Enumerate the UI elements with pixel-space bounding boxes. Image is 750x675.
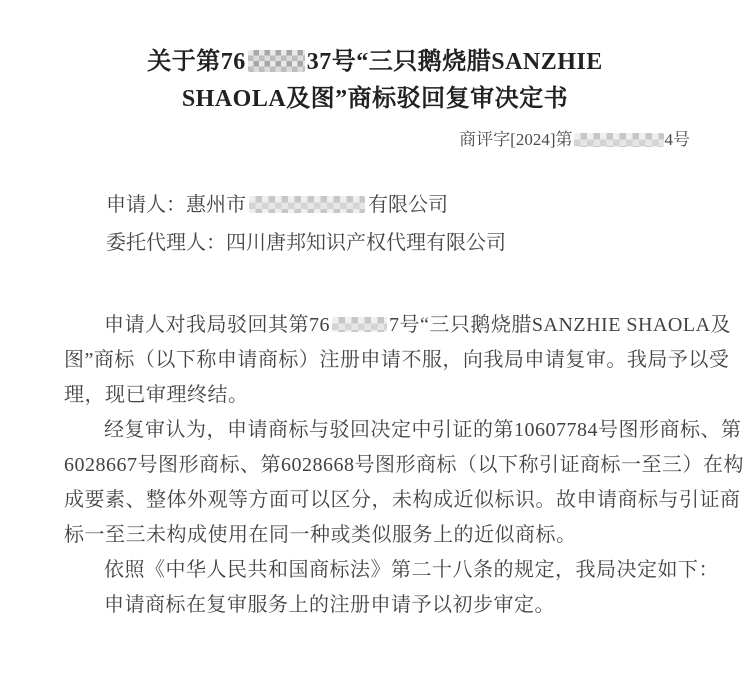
agent-line: 委托代理人：四川唐邦知识产权代理有限公司: [106, 224, 750, 262]
p1-l1-suffix: 7号“三只鹅烧腊SANZHIE SHAOLA及: [389, 314, 731, 336]
document-title: 关于第7637号“三只鹅烧腊SANZHIE SHAOLA及图”商标驳回复审决定书: [0, 44, 750, 118]
paragraph-1-line-2: 图”商标（以下称申请商标）注册申请不服，向我局申请复审。我局予以受: [64, 343, 700, 378]
paragraph-3: 依照《中华人民共和国商标法》第二十八条的规定，我局决定如下：: [64, 553, 700, 588]
paragraph-4: 申请商标在复审服务上的注册申请予以初步审定。: [64, 588, 700, 623]
decision-body: 申请人对我局驳回其第767号“三只鹅烧腊SANZHIE SHAOLA及 图”商标…: [64, 308, 700, 623]
paragraph-1-line-1: 申请人对我局驳回其第767号“三只鹅烧腊SANZHIE SHAOLA及: [64, 308, 700, 343]
decision-document-page: 关于第7637号“三只鹅烧腊SANZHIE SHAOLA及图”商标驳回复审决定书…: [0, 0, 750, 675]
paragraph-2-line-1: 经复审认为，申请商标与驳回决定中引证的第10607784号图形商标、第: [64, 413, 700, 448]
redacted-body-serial: [332, 317, 387, 332]
redacted-doc-number-serial: [574, 133, 664, 147]
applicant-line: 申请人：惠州市有限公司: [106, 186, 750, 224]
redacted-applicant-name: [249, 196, 365, 213]
applicant-suffix: 有限公司: [368, 194, 448, 216]
document-number: 商评字[2024]第4号: [0, 125, 690, 150]
paragraph-2-line-3: 成要素、整体外观等方面可以区分，未构成近似标识。故申请商标与引证商: [64, 483, 700, 518]
title-text-prefix: 关于第76: [147, 49, 246, 75]
p1-l1-prefix: 申请人对我局驳回其第76: [104, 314, 330, 336]
paragraph-1-line-3: 理，现已审理终结。: [64, 378, 700, 413]
parties-section: 申请人：惠州市有限公司 委托代理人：四川唐邦知识产权代理有限公司: [106, 186, 750, 262]
doc-number-prefix: 商评字[2024]第: [459, 130, 572, 149]
title-line-2: SHAOLA及图”商标驳回复审决定书: [0, 81, 750, 118]
title-line-1: 关于第7637号“三只鹅烧腊SANZHIE: [0, 44, 750, 81]
doc-number-suffix: 4号: [665, 130, 691, 149]
applicant-prefix: 申请人：惠州市: [106, 194, 246, 216]
title-text-suffix: 37号“三只鹅烧腊SANZHIE: [307, 49, 603, 75]
redacted-title-serial: [248, 50, 305, 72]
paragraph-2-line-4: 标一至三未构成使用在同一种或类似服务上的近似商标。: [64, 518, 700, 553]
paragraph-2-line-2: 6028667号图形商标、第6028668号图形商标（以下称引证商标一至三）在构: [64, 448, 700, 483]
